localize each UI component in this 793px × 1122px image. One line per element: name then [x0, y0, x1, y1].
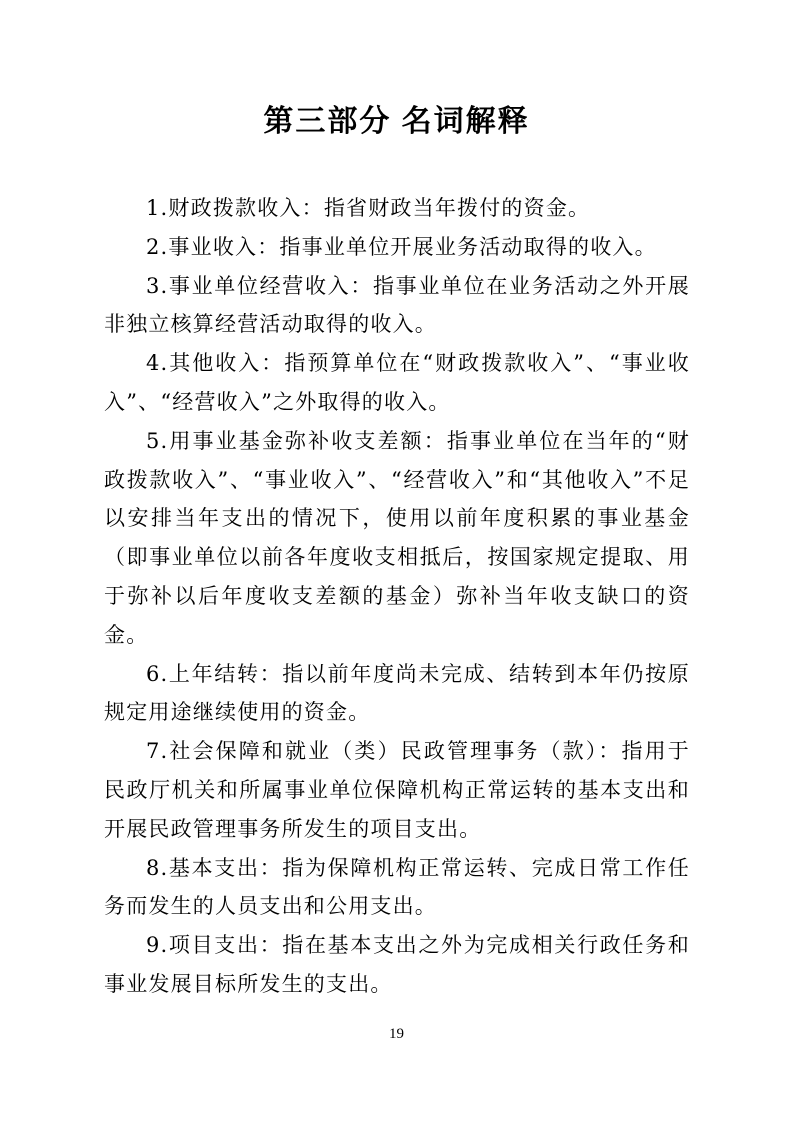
document-title: 第三部分 名词解释 — [0, 96, 793, 140]
glossary-item-1: 1.财政拨款收入：指省财政当年拨付的资金。 — [104, 189, 690, 228]
glossary-item-3: 3.事业单位经营收入：指事业单位在业务活动之外开展非独立核算经营活动取得的收入。 — [104, 267, 690, 345]
glossary-item-8: 8.基本支出：指为保障机构正常运转、完成日常工作任务而发生的人员支出和公用支出。 — [104, 849, 690, 927]
glossary-item-4: 4.其他收入：指预算单位在“财政拨款收入”、“事业收入”、“经营收入”之外取得的… — [104, 344, 690, 422]
page-number: 19 — [0, 1026, 793, 1043]
glossary-item-6: 6.上年结转：指以前年度尚未完成、结转到本年仍按原规定用途继续使用的资金。 — [104, 655, 690, 733]
glossary-body: 1.财政拨款收入：指省财政当年拨付的资金。 2.事业收入：指事业单位开展业务活动… — [104, 189, 690, 1004]
glossary-item-5: 5.用事业基金弥补收支差额：指事业单位在当年的“财政拨款收入”、“事业收入”、“… — [104, 422, 690, 655]
glossary-item-9: 9.项目支出：指在基本支出之外为完成相关行政任务和事业发展目标所发生的支出。 — [104, 926, 690, 1004]
glossary-item-7: 7.社会保障和就业（类）民政管理事务（款）：指用于民政厅机关和所属事业单位保障机… — [104, 732, 690, 848]
document-page: 第三部分 名词解释 1.财政拨款收入：指省财政当年拨付的资金。 2.事业收入：指… — [0, 0, 793, 1122]
glossary-item-2: 2.事业收入：指事业单位开展业务活动取得的收入。 — [104, 228, 690, 267]
